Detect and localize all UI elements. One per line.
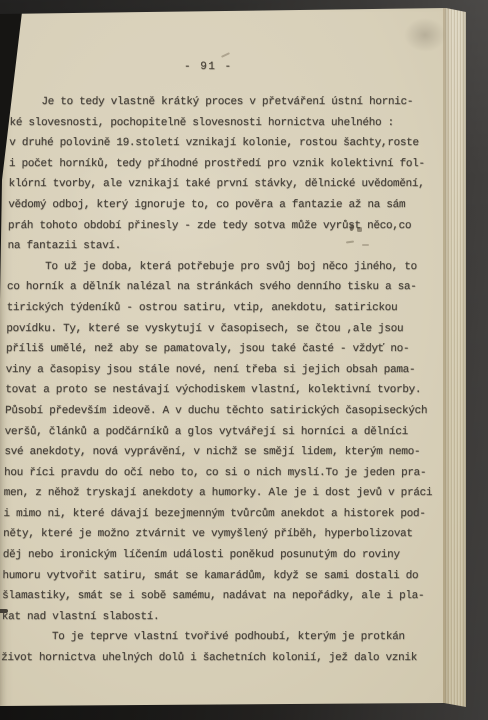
text-line: ké slovesnosti, pochopitelně slovesnosti… [9, 113, 449, 134]
text-line: klórní tvorby, ale vznikají také první s… [8, 174, 448, 195]
ink-speck [221, 52, 230, 58]
text-line: povídku. Ty, které se vyskytují v časopi… [6, 319, 446, 340]
text-line: i počet horníků, tedy příhodné prostředí… [9, 154, 449, 175]
page-number: - 91 - [184, 61, 233, 73]
text-line: příliš umělé, než aby se pamatovaly, jso… [6, 339, 446, 360]
text-line: veršů, článků a podčárníků a glos vytvář… [5, 422, 445, 443]
text-line: šlamastiky, smát se i sobě samému, nadáv… [2, 586, 442, 607]
paper-smudge [404, 18, 446, 52]
text-line: i mimo ni, které dávají bezejmenným tvůr… [3, 504, 443, 525]
text-line: práh tohoto období přinesly - zde tedy s… [8, 216, 448, 237]
text-line: viny a časopisy jsou stále nové, není tř… [5, 360, 445, 381]
text-line: Působí především ideově. A v duchu těcht… [5, 401, 445, 422]
text-line: hou říci pravdu do očí nebo to, co si o … [4, 463, 444, 484]
page-paper: - 91 - Je to tedy vlastně krátký proces … [0, 0, 488, 720]
text-line: vědomý odboj, který ignoruje to, co pově… [8, 195, 448, 216]
text-line: tirických týdeníků - ostrou satiru, vtip… [6, 298, 446, 319]
scanned-book-page: - 91 - Je to tedy vlastně krátký proces … [0, 0, 488, 720]
text-line: něty, které je možno ztvárnit ve vymyšle… [3, 524, 443, 545]
text-line: To je teprve vlastní tvořivé podhoubí, k… [1, 627, 441, 648]
page-body-text: Je to tedy vlastně krátký proces v přetv… [1, 92, 450, 669]
text-line: To už je doba, která potřebuje pro svůj … [7, 257, 447, 278]
text-line: na fantazii staví. [7, 236, 447, 257]
text-line: kat nad vlastní slabostí. [2, 607, 442, 628]
text-line: Je to tedy vlastně krátký proces v přetv… [10, 92, 450, 113]
text-line: humoru vytvořit satiru, smát se kamarádů… [2, 566, 442, 587]
text-line: děj nebo ironickým líčením události poně… [3, 545, 443, 566]
text-line: své anekdoty, nová vyprávění, v nichž se… [4, 442, 444, 463]
text-line: men, z něhož tryskají anekdoty a humorky… [4, 483, 444, 504]
text-line: co horník a dělník nalézal na stránkách … [7, 277, 447, 298]
text-line: v druhé polovině 19.století vznikají kol… [9, 133, 449, 154]
text-line: život hornictva uhelných dolů i šachetní… [1, 648, 441, 669]
text-line: tovat a proto se nestávají východiskem v… [5, 380, 445, 401]
